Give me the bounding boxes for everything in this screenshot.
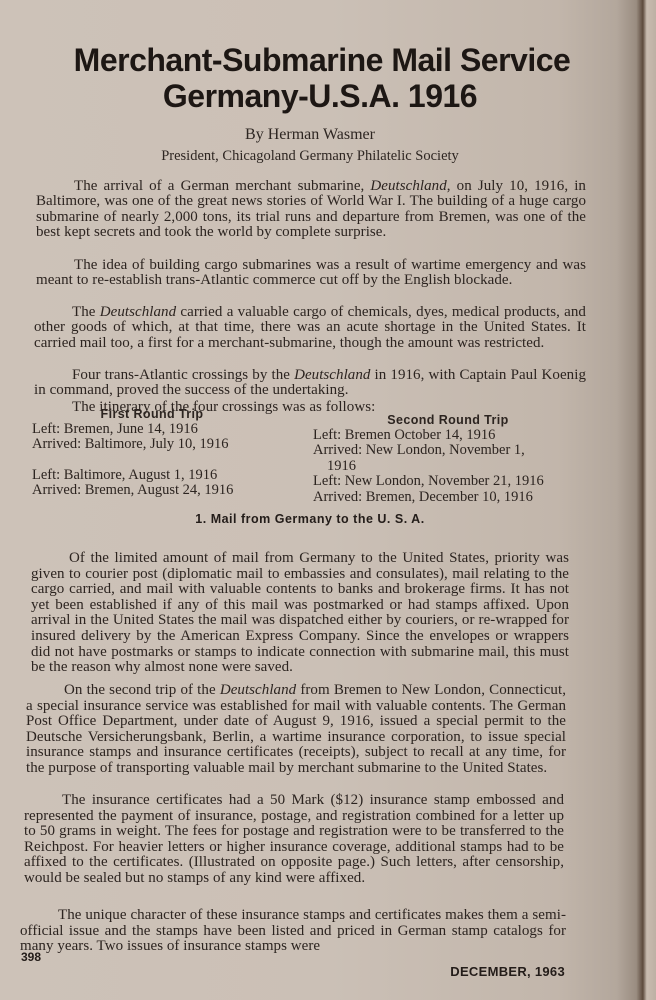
paragraph-unique-character: The unique character of these insurance … bbox=[20, 908, 566, 955]
section-heading: 1. Mail from Germany to the U. S. A. bbox=[0, 512, 620, 526]
itinerary-line: Arrived: Bremen, December 10, 1916 bbox=[313, 490, 583, 505]
second-round-trip: Second Round Trip Left: Bremen October 1… bbox=[313, 412, 583, 505]
first-round-trip: First Round Trip Left: Bremen, June 14, … bbox=[32, 406, 272, 499]
text: The bbox=[72, 304, 100, 320]
page-number: 398 bbox=[21, 950, 41, 964]
text: Four trans-Atlantic crossings by the bbox=[72, 367, 294, 383]
magazine-page: Merchant-Submarine Mail Service Germany-… bbox=[0, 0, 656, 1000]
paragraph-idea: The idea of building cargo submarines wa… bbox=[36, 258, 586, 289]
paragraph-crossings: Four trans-Atlantic crossings by the Deu… bbox=[34, 368, 586, 399]
author-affiliation: President, Chicagoland Germany Philateli… bbox=[0, 148, 620, 165]
article-title-line-1: Merchant-Submarine Mail Service bbox=[12, 44, 632, 76]
itinerary-line: Left: New London, November 21, 1916 bbox=[313, 474, 583, 489]
ship-name: Deutschland bbox=[294, 367, 370, 383]
paragraph-arrival: The arrival of a German merchant submari… bbox=[36, 179, 586, 241]
itinerary-line: Arrived: New London, November 1, bbox=[313, 443, 583, 458]
paragraph-cargo: The Deutschland carried a valuable cargo… bbox=[34, 305, 586, 351]
itinerary-line: Left: Bremen, June 14, 1916 bbox=[32, 422, 272, 437]
paragraph-certificates: The insurance certificates had a 50 Mark… bbox=[24, 793, 564, 887]
article-title-line-2: Germany-U.S.A. 1916 bbox=[10, 80, 630, 112]
issue-date: DECEMBER, 1963 bbox=[440, 964, 565, 979]
itinerary-line: Arrived: Bremen, August 24, 1916 bbox=[32, 483, 272, 498]
paragraph-second-trip: On the second trip of the Deutschland fr… bbox=[26, 683, 566, 777]
ship-name: Deutschland bbox=[100, 304, 176, 320]
itinerary-line: Left: Bremen October 14, 1916 bbox=[313, 428, 583, 443]
ship-name: Deutschland bbox=[370, 178, 446, 194]
itinerary-line: 1916 bbox=[313, 459, 583, 474]
paragraph-limited-mail: Of the limited amount of mail from Germa… bbox=[31, 551, 569, 676]
second-round-trip-heading: Second Round Trip bbox=[313, 412, 583, 428]
first-round-trip-heading: First Round Trip bbox=[32, 406, 272, 422]
byline: By Herman Wasmer bbox=[0, 126, 620, 144]
itinerary-line: Left: Baltimore, August 1, 1916 bbox=[32, 468, 272, 483]
itinerary-line: Arrived: Baltimore, July 10, 1916 bbox=[32, 437, 272, 452]
ship-name: Deutschland bbox=[220, 682, 296, 698]
text: The arrival of a German merchant submari… bbox=[74, 178, 370, 194]
text: On the second trip of the bbox=[64, 682, 220, 698]
